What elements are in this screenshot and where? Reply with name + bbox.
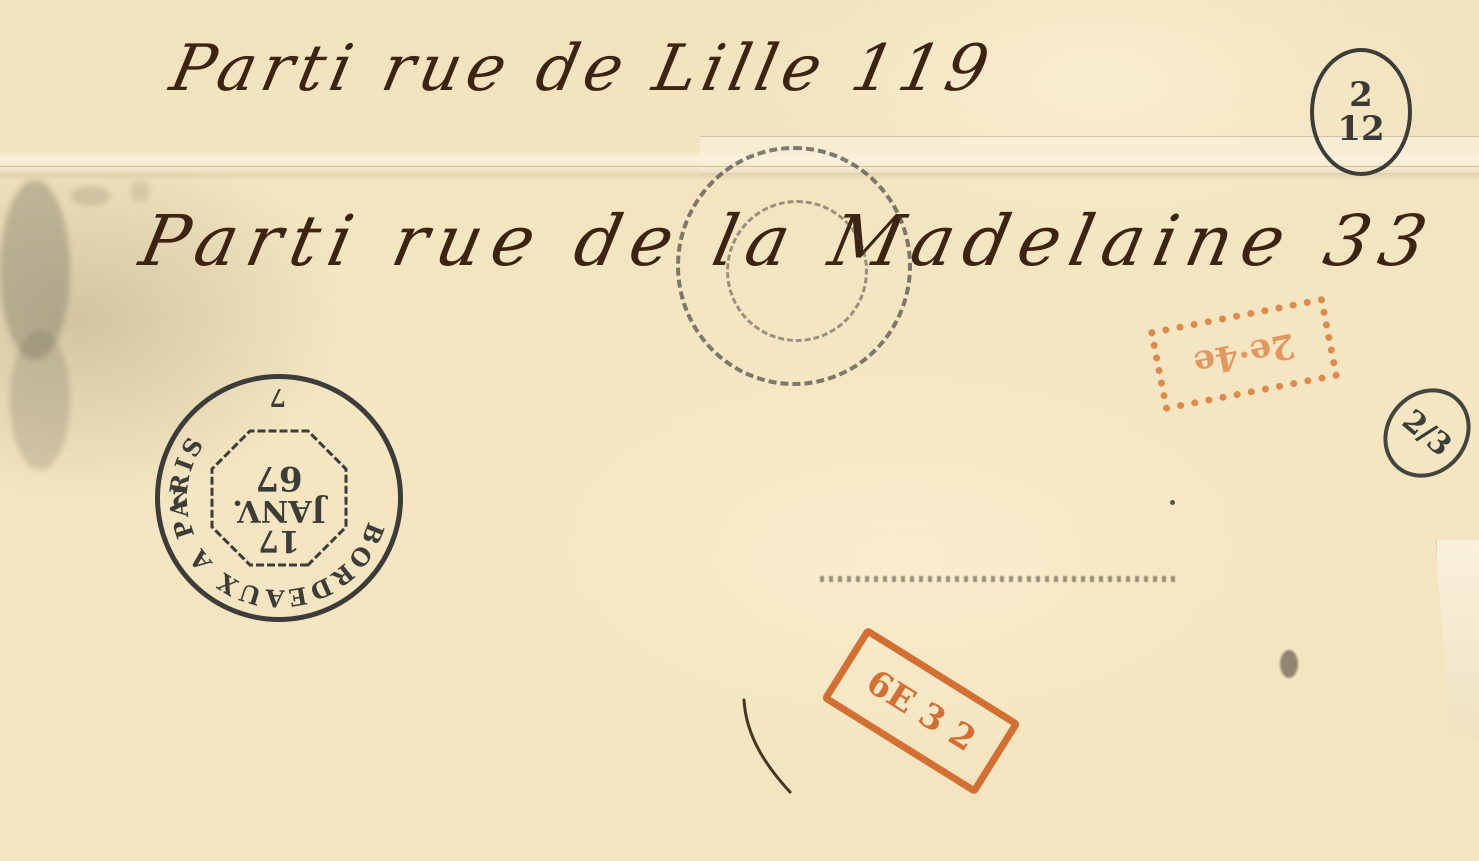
red-boxed-postmark-upper: 2e·4e bbox=[1148, 296, 1341, 413]
red-boxed-postmark-lower: 6E 3 2 bbox=[821, 626, 1021, 795]
postmark-year: 67 bbox=[160, 461, 398, 495]
stain-left-4 bbox=[130, 180, 150, 202]
torn-paper-patch bbox=[1436, 540, 1479, 740]
stain-left-2 bbox=[10, 330, 70, 470]
rate-denominator: 12 bbox=[1337, 112, 1384, 146]
faint-circular-postmark bbox=[676, 146, 912, 386]
red-box-upper-text: 2e·4e bbox=[1190, 325, 1298, 384]
faint-dotted-mark bbox=[820, 576, 1180, 582]
svg-text:7: 7 bbox=[269, 383, 286, 412]
ink-speck-center bbox=[1170, 500, 1175, 505]
bordeaux-paris-postmark: BORDEAUX A PARIS 2 7 17 JANV. 67 bbox=[155, 374, 403, 622]
letter-sheet: Parti rue de Lille 119 Parti rue de la M… bbox=[0, 0, 1479, 861]
red-box-lower-text: 6E 3 2 bbox=[859, 662, 982, 760]
stain-left-3 bbox=[70, 186, 110, 206]
postmark-day: 17 bbox=[160, 525, 398, 555]
postmark-month: JANV. bbox=[160, 495, 398, 525]
handwriting-line-1: Parti rue de Lille 119 bbox=[164, 32, 1001, 106]
rate-circle-postmark: 2/3 bbox=[1365, 371, 1479, 496]
ink-stroke-curve bbox=[738, 696, 798, 806]
rate-circle-text: 2/3 bbox=[1396, 403, 1459, 464]
faint-postmark-inner-ring bbox=[726, 200, 868, 342]
postmark-date: 17 JANV. 67 bbox=[160, 461, 398, 555]
rate-numerator: 2 bbox=[1349, 78, 1373, 112]
rate-oval-postmark: 2 12 bbox=[1310, 48, 1412, 176]
ink-speck-right bbox=[1280, 650, 1298, 678]
